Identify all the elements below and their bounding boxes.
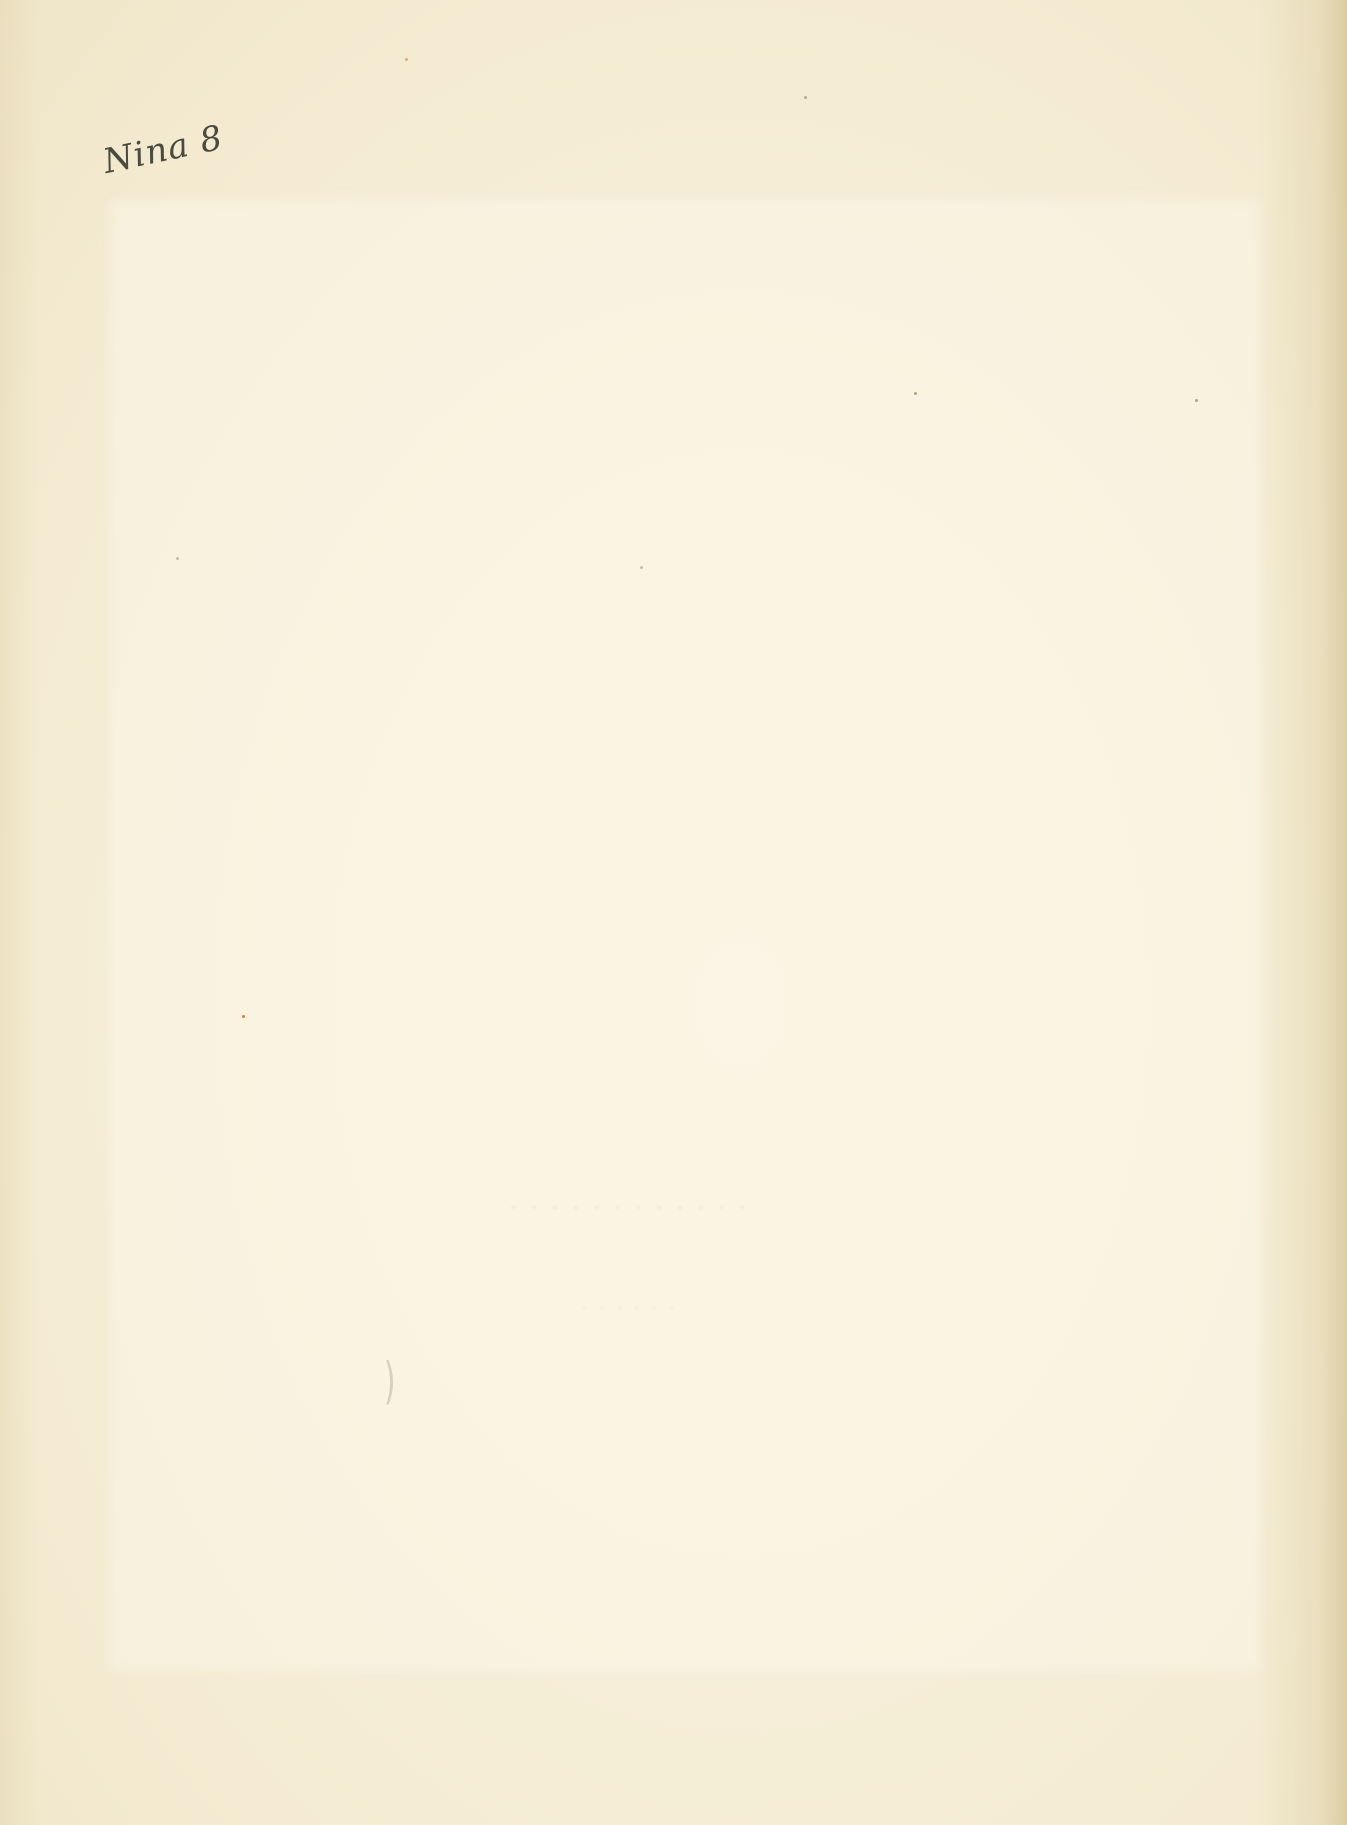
document-page: Nina 8 · · · · · · · · · · · · · · · · ·… xyxy=(0,0,1347,1825)
show-through-text-secondary: · · · · · · xyxy=(400,1300,860,1318)
margin-bracket-mark: ) xyxy=(384,1352,396,1410)
paper-speck xyxy=(914,392,917,395)
paper-speck xyxy=(804,96,807,99)
page-left-edge-shadow xyxy=(0,0,40,1825)
show-through-text: · · · · · · · · · · · · xyxy=(400,1195,860,1221)
paper-speck xyxy=(176,557,179,560)
handwritten-note: Nina 8 xyxy=(100,118,227,182)
plate-mark-area xyxy=(110,200,1260,1670)
paper-speck xyxy=(242,1015,245,1018)
page-right-edge-shadow xyxy=(1257,0,1347,1825)
paper-speck xyxy=(405,58,408,61)
paper-speck xyxy=(1195,399,1198,402)
paper-speck xyxy=(640,566,643,569)
